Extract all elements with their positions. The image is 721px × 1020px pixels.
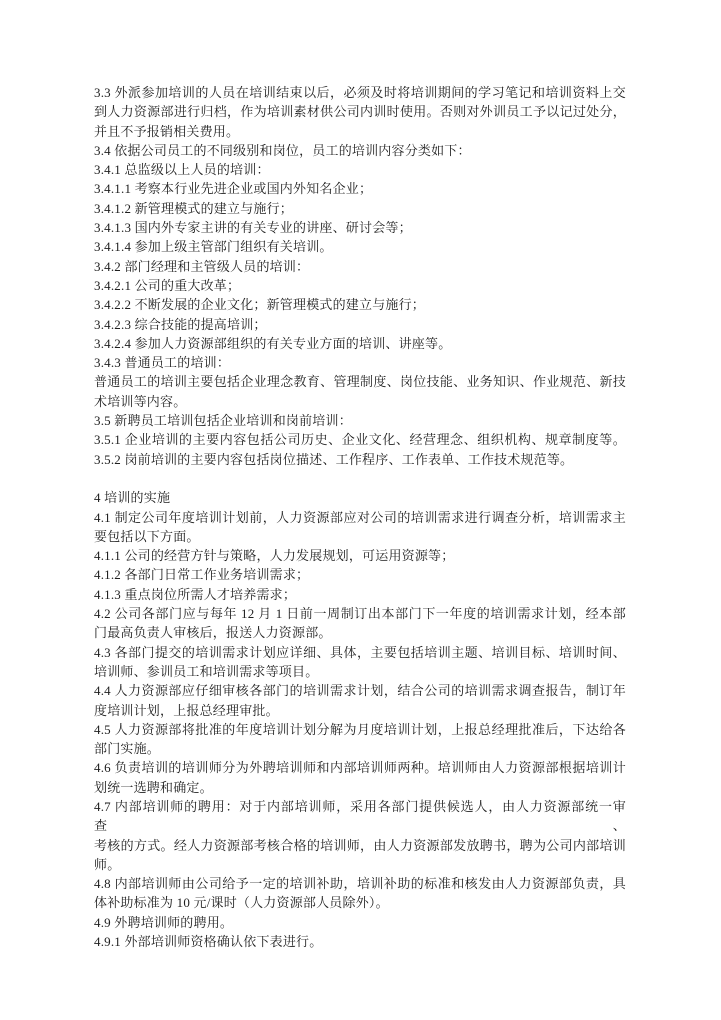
text-line: 3.4.1.2 新管理模式的建立与施行； — [94, 199, 626, 218]
text-line: 体补助标准为 10 元/课时（人力资源部人员除外）。 — [94, 893, 626, 912]
text-line: 3.4 依据公司员工的不同级别和岗位，员工的培训内容分类如下： — [94, 141, 626, 160]
text-line: 考核的方式。经人力资源部考核合格的培训师，由人力资源部发放聘书，聘为公司内部培训 — [94, 836, 626, 855]
text-line: 3.4.1.3 国内外专家主讲的有关专业的讲座、研讨会等； — [94, 218, 626, 237]
text-line: 3.4.1.4 参加上级主管部门组织有关培训。 — [94, 237, 626, 256]
text-line: 3.4.2.3 综合技能的提高培训； — [94, 315, 626, 334]
text-line: 度培训计划，上报总经理审批。 — [94, 701, 626, 720]
text-line: 普通员工的培训主要包括企业理念教育、管理制度、岗位技能、业务知识、作业规范、新技 — [94, 372, 626, 391]
text-line: 3.5 新聘员工培训包括企业培训和岗前培训： — [94, 411, 626, 430]
text-line: 4.8 内部培训师由公司给予一定的培训补助，培训补助的标准和核发由人力资源部负责… — [94, 874, 626, 893]
text-line: 4.1.3 重点岗位所需人才培养需求； — [94, 585, 626, 604]
text-line — [94, 469, 626, 488]
text-line: 3.5.2 岗前培训的主要内容包括岗位描述、工作程序、工作表单、工作技术规范等。 — [94, 450, 626, 469]
document-page: 3.3 外派参加培训的人员在培训结束以后，必须及时将培训期间的学习笔记和培训资料… — [0, 0, 721, 1020]
text-line: 并且不予报销相关费用。 — [94, 122, 626, 141]
text-line: 师。 — [94, 855, 626, 874]
text-line: 划统一选聘和确定。 — [94, 778, 626, 797]
text-line: 到人力资源部进行归档，作为培训素材供公司内训时使用。否则对外训员工予以记过处分， — [94, 102, 626, 121]
text-line: 4.1 制定公司年度培训计划前，人力资源部应对公司的培训需求进行调查分析，培训需… — [94, 508, 626, 527]
text-line: 3.4.1.1 考察本行业先进企业或国内外知名企业； — [94, 179, 626, 198]
text-line: 部门实施。 — [94, 739, 626, 758]
text-line: 门最高负责人审核后，报送人力资源部。 — [94, 623, 626, 642]
text-line: 3.5.1 企业培训的主要内容包括公司历史、企业文化、经营理念、组织机构、规章制… — [94, 430, 626, 449]
text-line: 4.9 外聘培训师的聘用。 — [94, 913, 626, 932]
text-line: 4 培训的实施 — [94, 488, 626, 507]
text-line: 4.2 公司各部门应与每年 12 月 1 日前一周制订出本部门下一年度的培训需求… — [94, 604, 626, 623]
text-line: 4.4 人力资源部应仔细审核各部门的培训需求计划，结合公司的培训需求调查报告，制… — [94, 681, 626, 700]
text-line: 4.1.1 公司的经营方针与策略，人力发展规划，可运用资源等； — [94, 546, 626, 565]
text-line: 4.9.1 外部培训师资格确认依下表进行。 — [94, 932, 626, 951]
text-line: 4.7 内部培训师的聘用：对于内部培训师，采用各部门提供候选人，由人力资源部统一… — [94, 797, 626, 836]
text-line: 3.3 外派参加培训的人员在培训结束以后，必须及时将培训期间的学习笔记和培训资料… — [94, 83, 626, 102]
text-line: 4.6 负责培训的培训师分为外聘培训师和内部培训师两种。培训师由人力资源部根据培… — [94, 758, 626, 777]
text-line: 3.4.3 普通员工的培训： — [94, 353, 626, 372]
text-line: 要包括以下方面。 — [94, 527, 626, 546]
text-line: 3.4.2.1 公司的重大改革； — [94, 276, 626, 295]
text-line: 4.5 人力资源部将批准的年度培训计划分解为月度培训计划，上报总经理批准后，下达… — [94, 720, 626, 739]
text-line: 3.4.2.2 不断发展的企业文化；新管理模式的建立与施行； — [94, 295, 626, 314]
document-body: 3.3 外派参加培训的人员在培训结束以后，必须及时将培训期间的学习笔记和培训资料… — [94, 83, 626, 951]
text-line: 3.4.1 总监级以上人员的培训： — [94, 160, 626, 179]
text-line: 术培训等内容。 — [94, 392, 626, 411]
text-line: 4.3 各部门提交的培训需求计划应详细、具体，主要包括培训主题、培训目标、培训时… — [94, 643, 626, 662]
text-line: 4.1.2 各部门日常工作业务培训需求； — [94, 565, 626, 584]
text-line: 3.4.2 部门经理和主管级人员的培训： — [94, 257, 626, 276]
text-line: 3.4.2.4 参加人力资源部组织的有关专业方面的培训、讲座等。 — [94, 334, 626, 353]
text-line: 培训师、参训员工和培训需求等项目。 — [94, 662, 626, 681]
